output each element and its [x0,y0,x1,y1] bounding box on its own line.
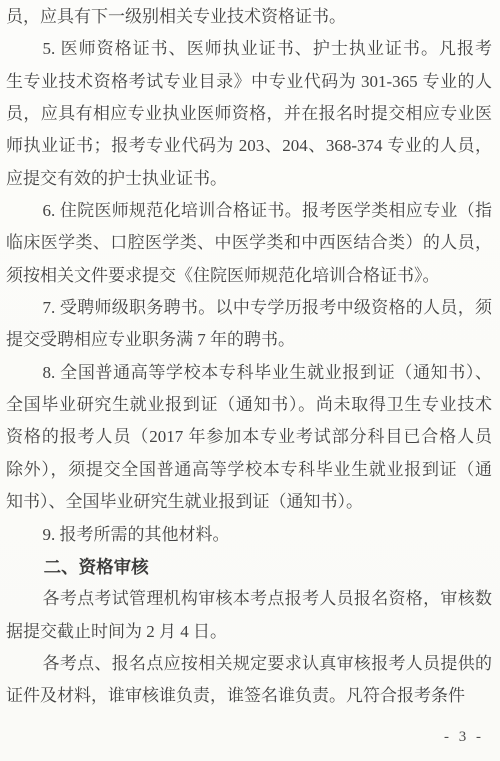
text-line: 知书）、全国毕业研究生就业报到证（通知书）。 [6,486,492,518]
text-line: 应提交有效的护士执业证书。 [6,163,492,195]
page-number: - 3 - [444,729,484,746]
text-line: 各考点考试管理机构审核本考点报考人员报名资格，审核数 [6,583,492,615]
text-line: 据提交截止时间为 2 月 4 日。 [6,616,492,648]
text-line: 生专业技术资格考试专业目录》中专业代码为 301-365 专业的人 [6,66,492,98]
text-line: 师执业证书；报考专业代码为 203、204、368-374 专业的人员， [6,130,492,162]
text-line: 员，应具有下一级别相关专业技术资格证书。 [6,1,492,33]
text-line: 8. 全国普通高等学校本专科毕业生就业报到证（通知书）、 [6,357,492,389]
section-heading: 二、资格审核 [6,551,492,583]
text-line: 7. 受聘师级职务聘书。以中专学历报考中级资格的人员，须 [6,292,492,324]
text-line: 员，应具有相应专业执业医师资格，并在报名时提交相应专业医 [6,98,492,130]
text-line: 临床医学类、口腔医学类、中医学类和中西医结合类）的人员， [6,227,492,259]
document-page: 员，应具有下一级别相关专业技术资格证书。5. 医师资格证书、医师执业证书、护士执… [0,0,500,761]
text-line: 5. 医师资格证书、医师执业证书、护士执业证书。凡报考《卫 [6,33,492,65]
text-line: 证件及材料，谁审核谁负责，谁签名谁负责。凡符合报考条件的， [6,680,492,712]
text-line: 全国毕业研究生就业报到证（通知书）。尚未取得卫生专业技术 [6,389,492,421]
text-line: 须按相关文件要求提交《住院医师规范化培训合格证书》。 [6,260,492,292]
text-line: 提交受聘相应专业职务满 7 年的聘书。 [6,324,492,356]
text-line: 资格的报考人员（2017 年参加本专业考试部分科目已合格人员 [6,421,492,453]
text-line: 9. 报考所需的其他材料。 [6,519,492,551]
text-line: 除外），须提交全国普通高等学校本专科毕业生就业报到证（通 [6,454,492,486]
document-body: 员，应具有下一级别相关专业技术资格证书。5. 医师资格证书、医师执业证书、护士执… [6,1,492,713]
text-line: 6. 住院医师规范化培训合格证书。报考医学类相应专业（指 [6,195,492,227]
text-line: 各考点、报名点应按相关规定要求认真审核报考人员提供的 [6,648,492,680]
